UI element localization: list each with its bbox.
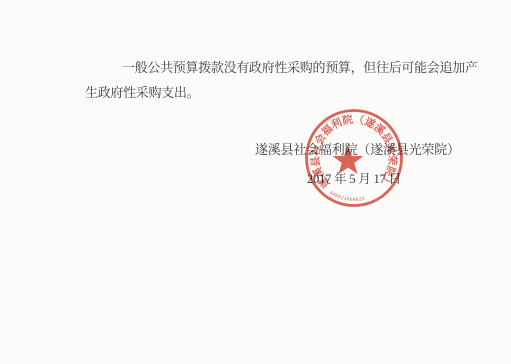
- body-paragraph: 一般公共预算拨款没有政府性采购的预算，但往后可能会追加产 生政府性采购支出。: [85, 55, 490, 105]
- seal-star-icon: [333, 145, 363, 174]
- official-seal-stamp: 遂溪县社会福利院（遂溪县光荣院） 440823009625: [304, 108, 404, 208]
- scanned-document-page: 一般公共预算拨款没有政府性采购的预算，但往后可能会追加产 生政府性采购支出。 遂…: [0, 0, 511, 364]
- paragraph-line-2: 生政府性采购支出。: [85, 80, 490, 105]
- paragraph-line-1: 一般公共预算拨款没有政府性采购的预算，但往后可能会追加产: [122, 55, 490, 80]
